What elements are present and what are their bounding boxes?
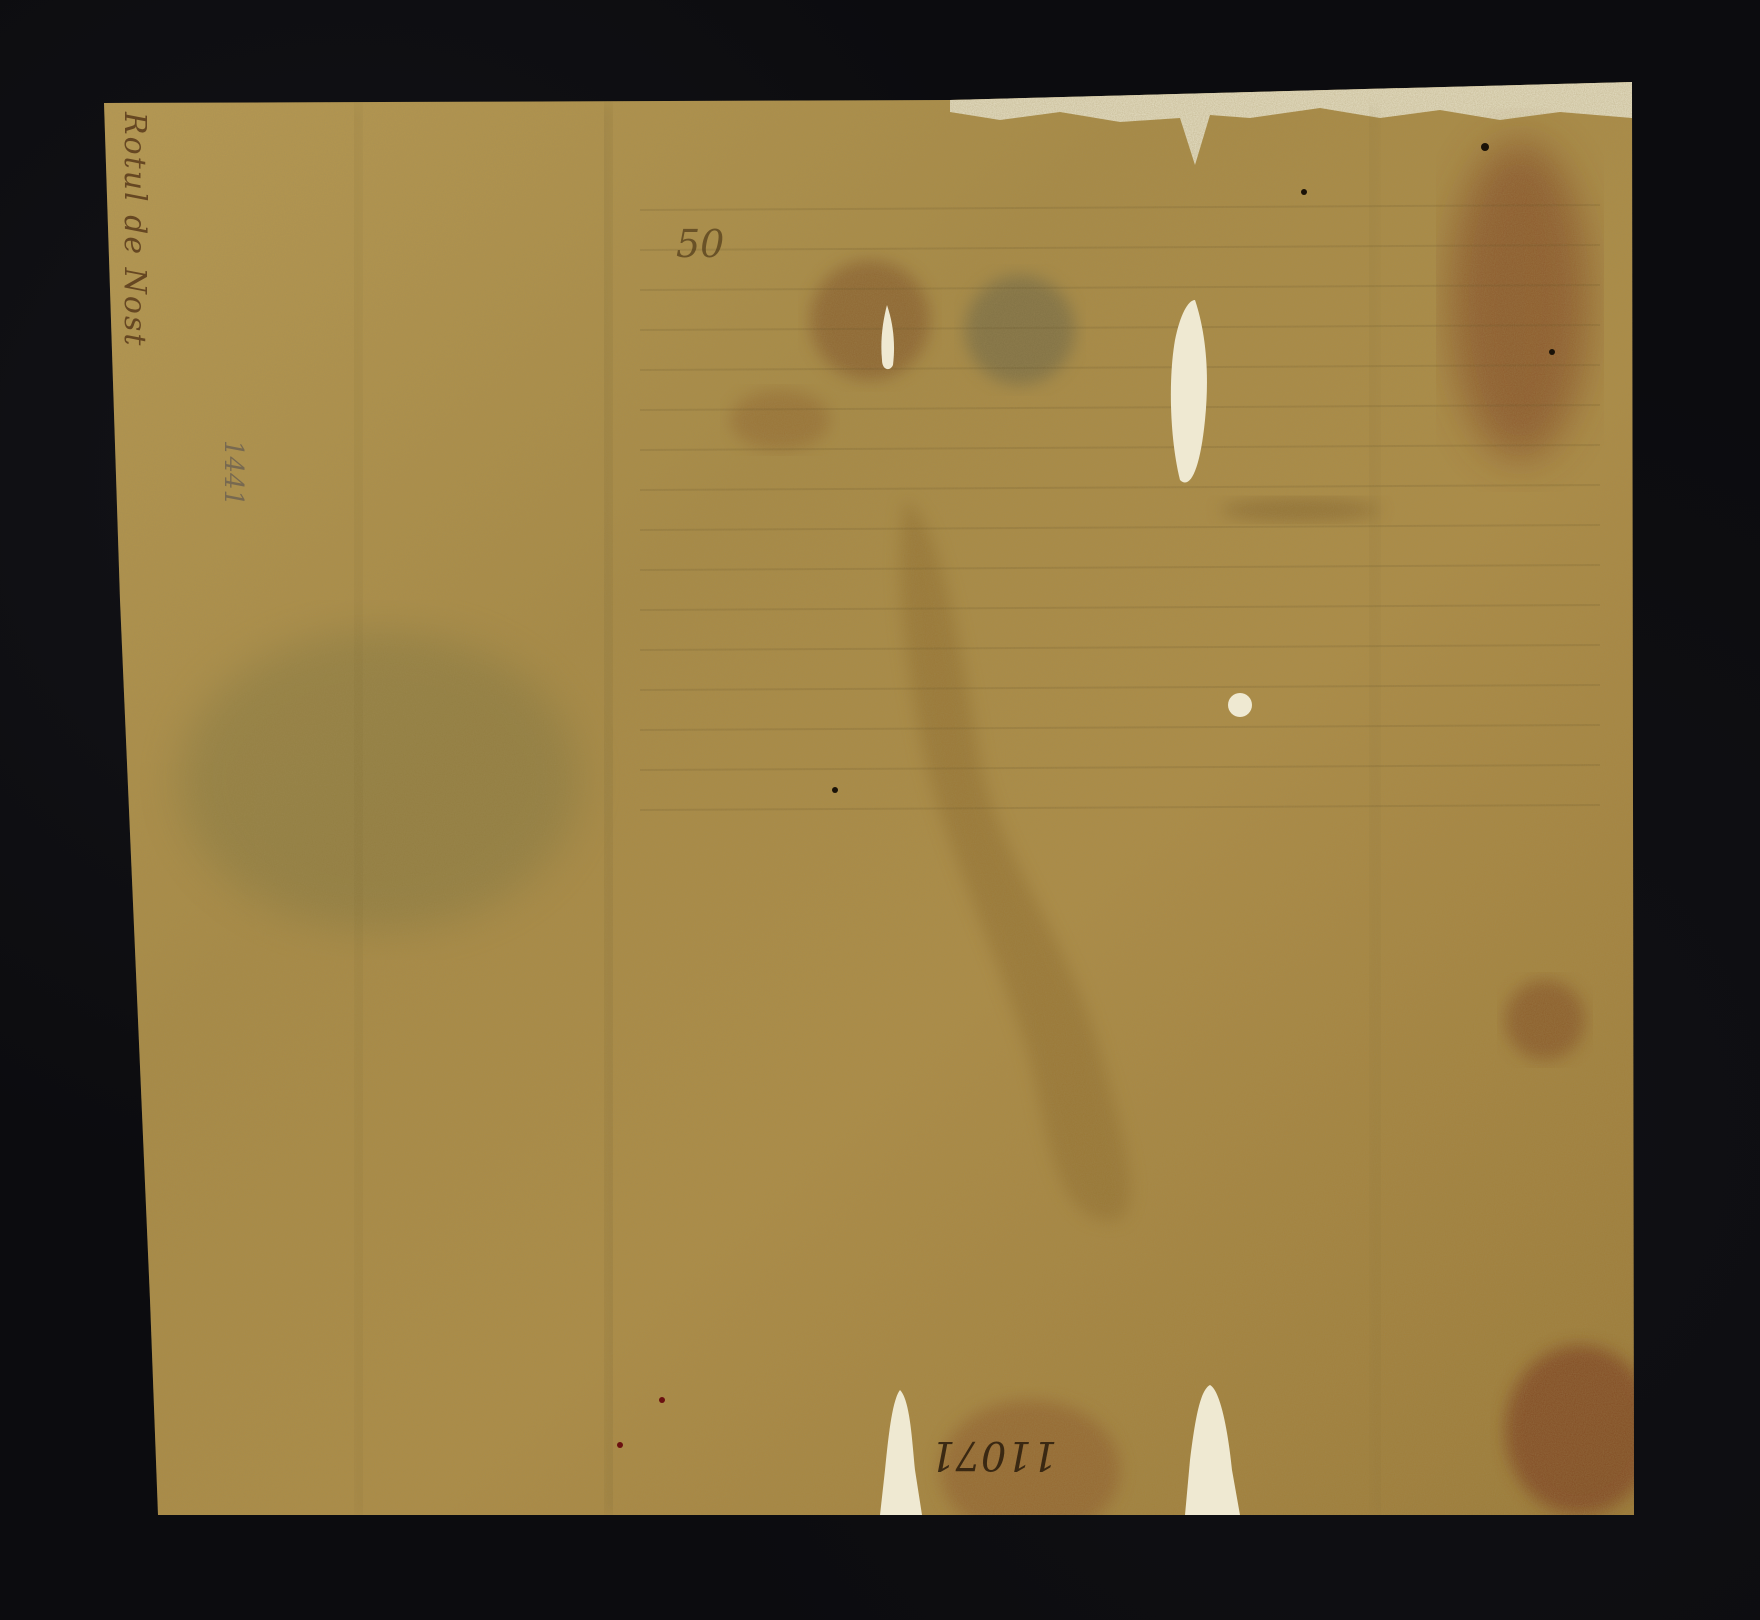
archive-number: 11071 [930, 1432, 1057, 1478]
margin-inscription: Rotul de Nost [117, 112, 152, 347]
faint-margin-note: 1441 [218, 440, 248, 506]
parchment-sheet [0, 0, 1760, 1620]
folio-mark: 50 [676, 222, 724, 266]
